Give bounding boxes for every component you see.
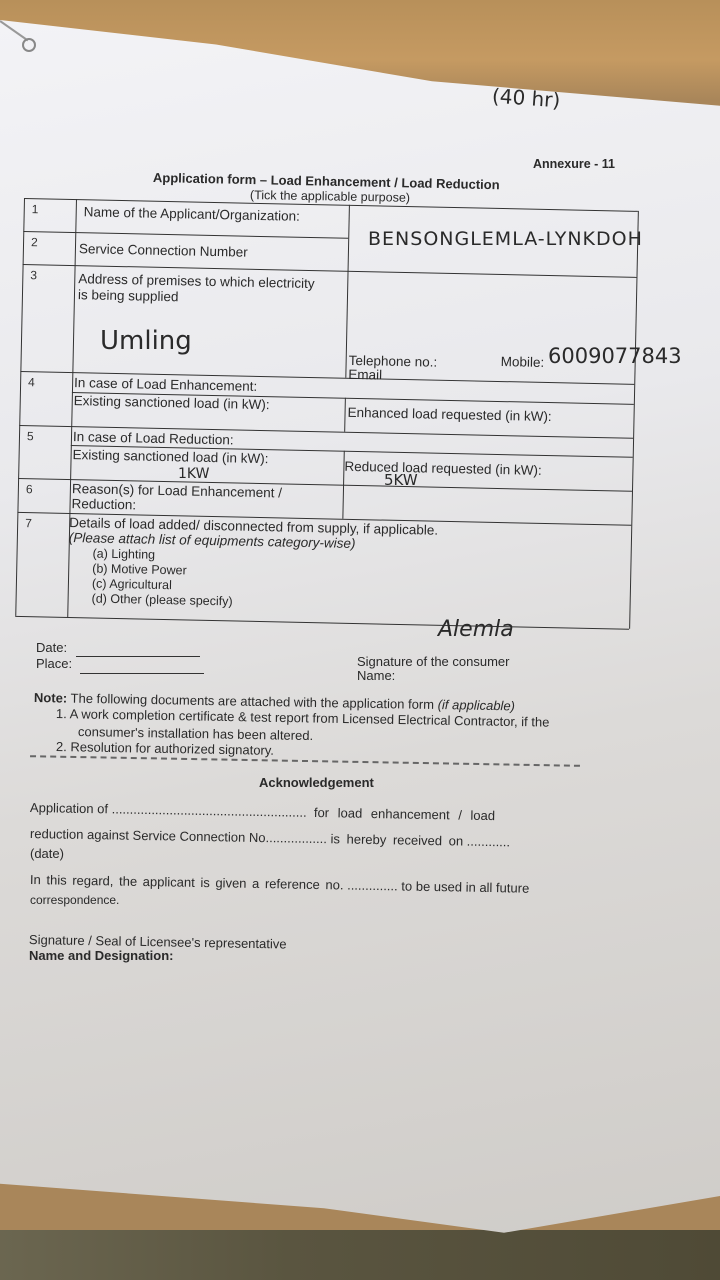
ack-line1-b: for load enhancement / load: [314, 805, 495, 823]
item-lighting: (a) Lighting: [92, 547, 155, 562]
handwritten-top-note: (40 hr): [491, 84, 561, 113]
handwritten-mobile: 6009077843: [548, 344, 682, 368]
ack-line-3: (date): [30, 846, 64, 861]
mobile-label: Mobile:: [501, 354, 545, 370]
service-connection-label: Service Connection Number: [79, 241, 248, 260]
item-other: (d) Other (please specify): [91, 592, 232, 609]
table-surface: [0, 1230, 720, 1280]
handwritten-applicant-name: BENSONGLEMLA-LYNKDOH: [368, 228, 643, 250]
note-heading: Note:: [34, 690, 67, 706]
annexure-label: Annexure - 11: [533, 157, 615, 171]
row-1-number: 1: [32, 202, 39, 216]
date-label: Date:: [36, 640, 67, 655]
date-line: [76, 656, 200, 657]
red-requested-load-label: Reduced load requested (in kW):: [344, 459, 542, 478]
load-enhancement-label: In case of Load Enhancement:: [74, 375, 257, 394]
row-6-number: 6: [26, 482, 33, 496]
item-agricultural: (c) Agricultural: [92, 577, 172, 593]
row-3-number: 3: [30, 268, 37, 282]
row-4-number: 4: [28, 375, 35, 389]
enh-existing-load-label: Existing sanctioned load (in kW):: [74, 393, 270, 412]
signature-consumer-label: Signature of the consumer: [357, 654, 509, 669]
row-7-number: 7: [25, 516, 32, 530]
red-existing-load-label: Existing sanctioned load (in kW):: [72, 447, 268, 466]
enh-requested-load-label: Enhanced load requested (in kW):: [347, 405, 551, 424]
address-label-line2: is being supplied: [78, 287, 179, 304]
row-2-number: 2: [31, 235, 38, 249]
ack-line2-dots2: ............: [467, 834, 511, 850]
paper-clip-icon: [22, 38, 36, 52]
reason-label-line2: Reduction:: [71, 496, 136, 512]
ack-line2-dots: ................: [269, 830, 327, 846]
ack-line-5: correspondence.: [30, 893, 119, 907]
row-5-number: 5: [27, 429, 34, 443]
name-label: Name:: [357, 668, 395, 683]
note-item-2-num: 2.: [56, 739, 67, 754]
ack-line1-a: Application of: [30, 800, 108, 816]
item-motive-power: (b) Motive Power: [92, 562, 187, 578]
email-label: Email: [348, 367, 382, 383]
ack-line4-dots: ..............: [347, 878, 398, 894]
handwritten-existing-load: 1KW: [178, 466, 209, 482]
acknowledgement-heading: Acknowledgement: [259, 775, 374, 790]
note-italic: (if applicable): [438, 697, 516, 713]
place-label: Place:: [36, 656, 72, 671]
applicant-name-label: Name of the Applicant/Organization:: [84, 204, 300, 224]
consumer-signature: Alemla: [438, 617, 514, 642]
handwritten-address: Umling: [100, 326, 192, 356]
handwritten-reduced-load: 5KW: [384, 471, 418, 489]
place-line: [80, 673, 204, 674]
ack-line4-b: to be used in all future: [401, 878, 529, 895]
licensee-name-label: Name and Designation:: [29, 948, 173, 963]
application-form-table: 1 Name of the Applicant/Organization: 2 …: [15, 198, 638, 641]
ack-line2-b: is hereby received on: [330, 831, 463, 848]
note-item-1-num: 1.: [56, 706, 67, 721]
